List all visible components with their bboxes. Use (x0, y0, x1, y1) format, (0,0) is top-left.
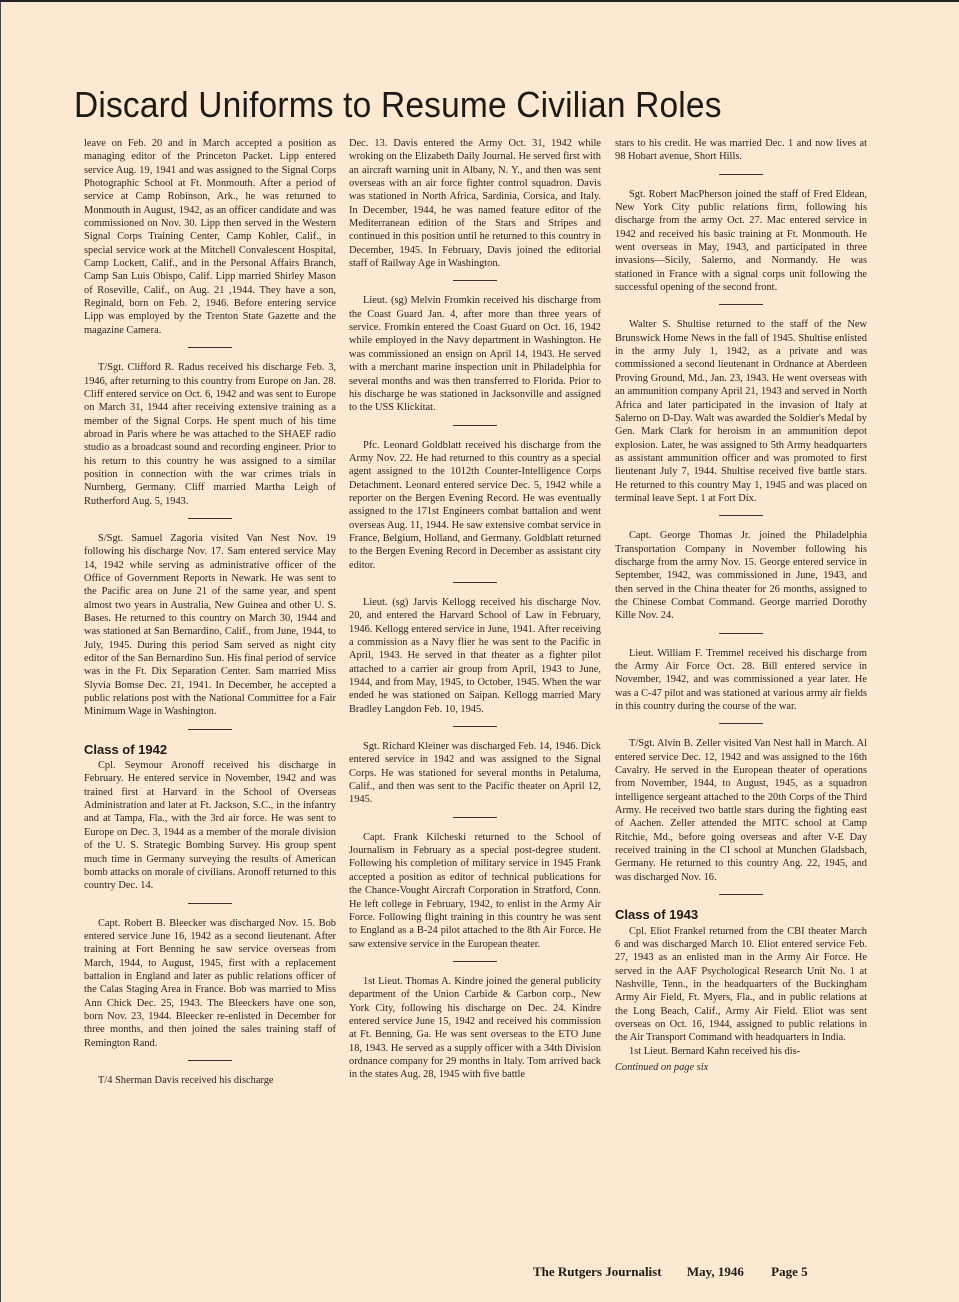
article-paragraph: Capt. Robert B. Bleecker was discharged … (84, 917, 336, 1050)
section-heading: Class of 1942 (84, 743, 336, 756)
article-paragraph: stars to his credit. He was married Dec.… (615, 137, 867, 164)
article-paragraph: S/Sgt. Samuel Zagoria visited Van Nest N… (84, 532, 336, 719)
article-paragraph: 1st Lieut. Bernard Kahn received his dis… (615, 1045, 867, 1058)
article-paragraph: Capt. Frank Kilcheski returned to the Sc… (349, 831, 601, 951)
column-divider-rule (719, 633, 763, 634)
column-divider-rule (719, 515, 763, 516)
column-divider-rule (453, 425, 497, 426)
column-divider-rule (719, 723, 763, 724)
article-paragraph: Lieut. (sg) Melvin Fromkin received his … (349, 294, 601, 414)
headline: Discard Uniforms to Resume Civilian Role… (74, 84, 722, 126)
footer-date: May, 1946 (687, 1264, 744, 1280)
column-divider-rule (453, 961, 497, 962)
column-divider-rule (719, 894, 763, 895)
section-heading: Class of 1943 (615, 908, 867, 921)
column-divider-rule (188, 1060, 232, 1061)
page-footer: The Rutgers Journalist May, 1946 Page 5 (533, 1264, 808, 1280)
continued-note: Continued on page six (615, 1061, 867, 1074)
article-paragraph: Sgt. Richard Kleiner was discharged Feb.… (349, 740, 601, 807)
article-column-1: leave on Feb. 20 and in March accepted a… (84, 137, 336, 1087)
article-paragraph: Sgt. Robert MacPherson joined the staff … (615, 188, 867, 295)
article-paragraph: Pfc. Leonard Goldblatt received his disc… (349, 439, 601, 572)
column-divider-rule (453, 280, 497, 281)
column-divider-rule (188, 903, 232, 904)
article-paragraph: leave on Feb. 20 and in March accepted a… (84, 137, 336, 337)
article-paragraph: T/4 Sherman Davis received his discharge (84, 1074, 336, 1087)
article-paragraph: Cpl. Seymour Aronoff received his discha… (84, 759, 336, 892)
article-column-3: stars to his credit. He was married Dec.… (615, 137, 867, 1074)
article-paragraph: T/Sgt. Clifford R. Radus received his di… (84, 361, 336, 508)
column-divider-rule (188, 347, 232, 348)
footer-page-number: Page 5 (771, 1264, 807, 1280)
footer-publication: The Rutgers Journalist (533, 1264, 662, 1280)
article-column-2: Dec. 13. Davis entered the Army Oct. 31,… (349, 137, 601, 1082)
article-paragraph: Dec. 13. Davis entered the Army Oct. 31,… (349, 137, 601, 270)
column-divider-rule (453, 817, 497, 818)
column-divider-rule (453, 582, 497, 583)
article-paragraph: T/Sgt. Alvin B. Zeller visited Van Nest … (615, 737, 867, 884)
column-divider-rule (188, 518, 232, 519)
article-paragraph: Walter S. Shultise returned to the staff… (615, 318, 867, 505)
column-divider-rule (719, 304, 763, 305)
column-divider-rule (719, 174, 763, 175)
article-paragraph: Lieut. (sg) Jarvis Kellogg received his … (349, 596, 601, 716)
column-divider-rule (188, 729, 232, 730)
article-paragraph: Cpl. Eliot Frankel returned from the CBI… (615, 925, 867, 1045)
article-paragraph: Capt. George Thomas Jr. joined the Phila… (615, 529, 867, 622)
column-divider-rule (453, 726, 497, 727)
article-paragraph: Lieut. William F. Tremmel received his d… (615, 647, 867, 714)
article-paragraph: 1st Lieut. Thomas A. Kindre joined the g… (349, 975, 601, 1082)
